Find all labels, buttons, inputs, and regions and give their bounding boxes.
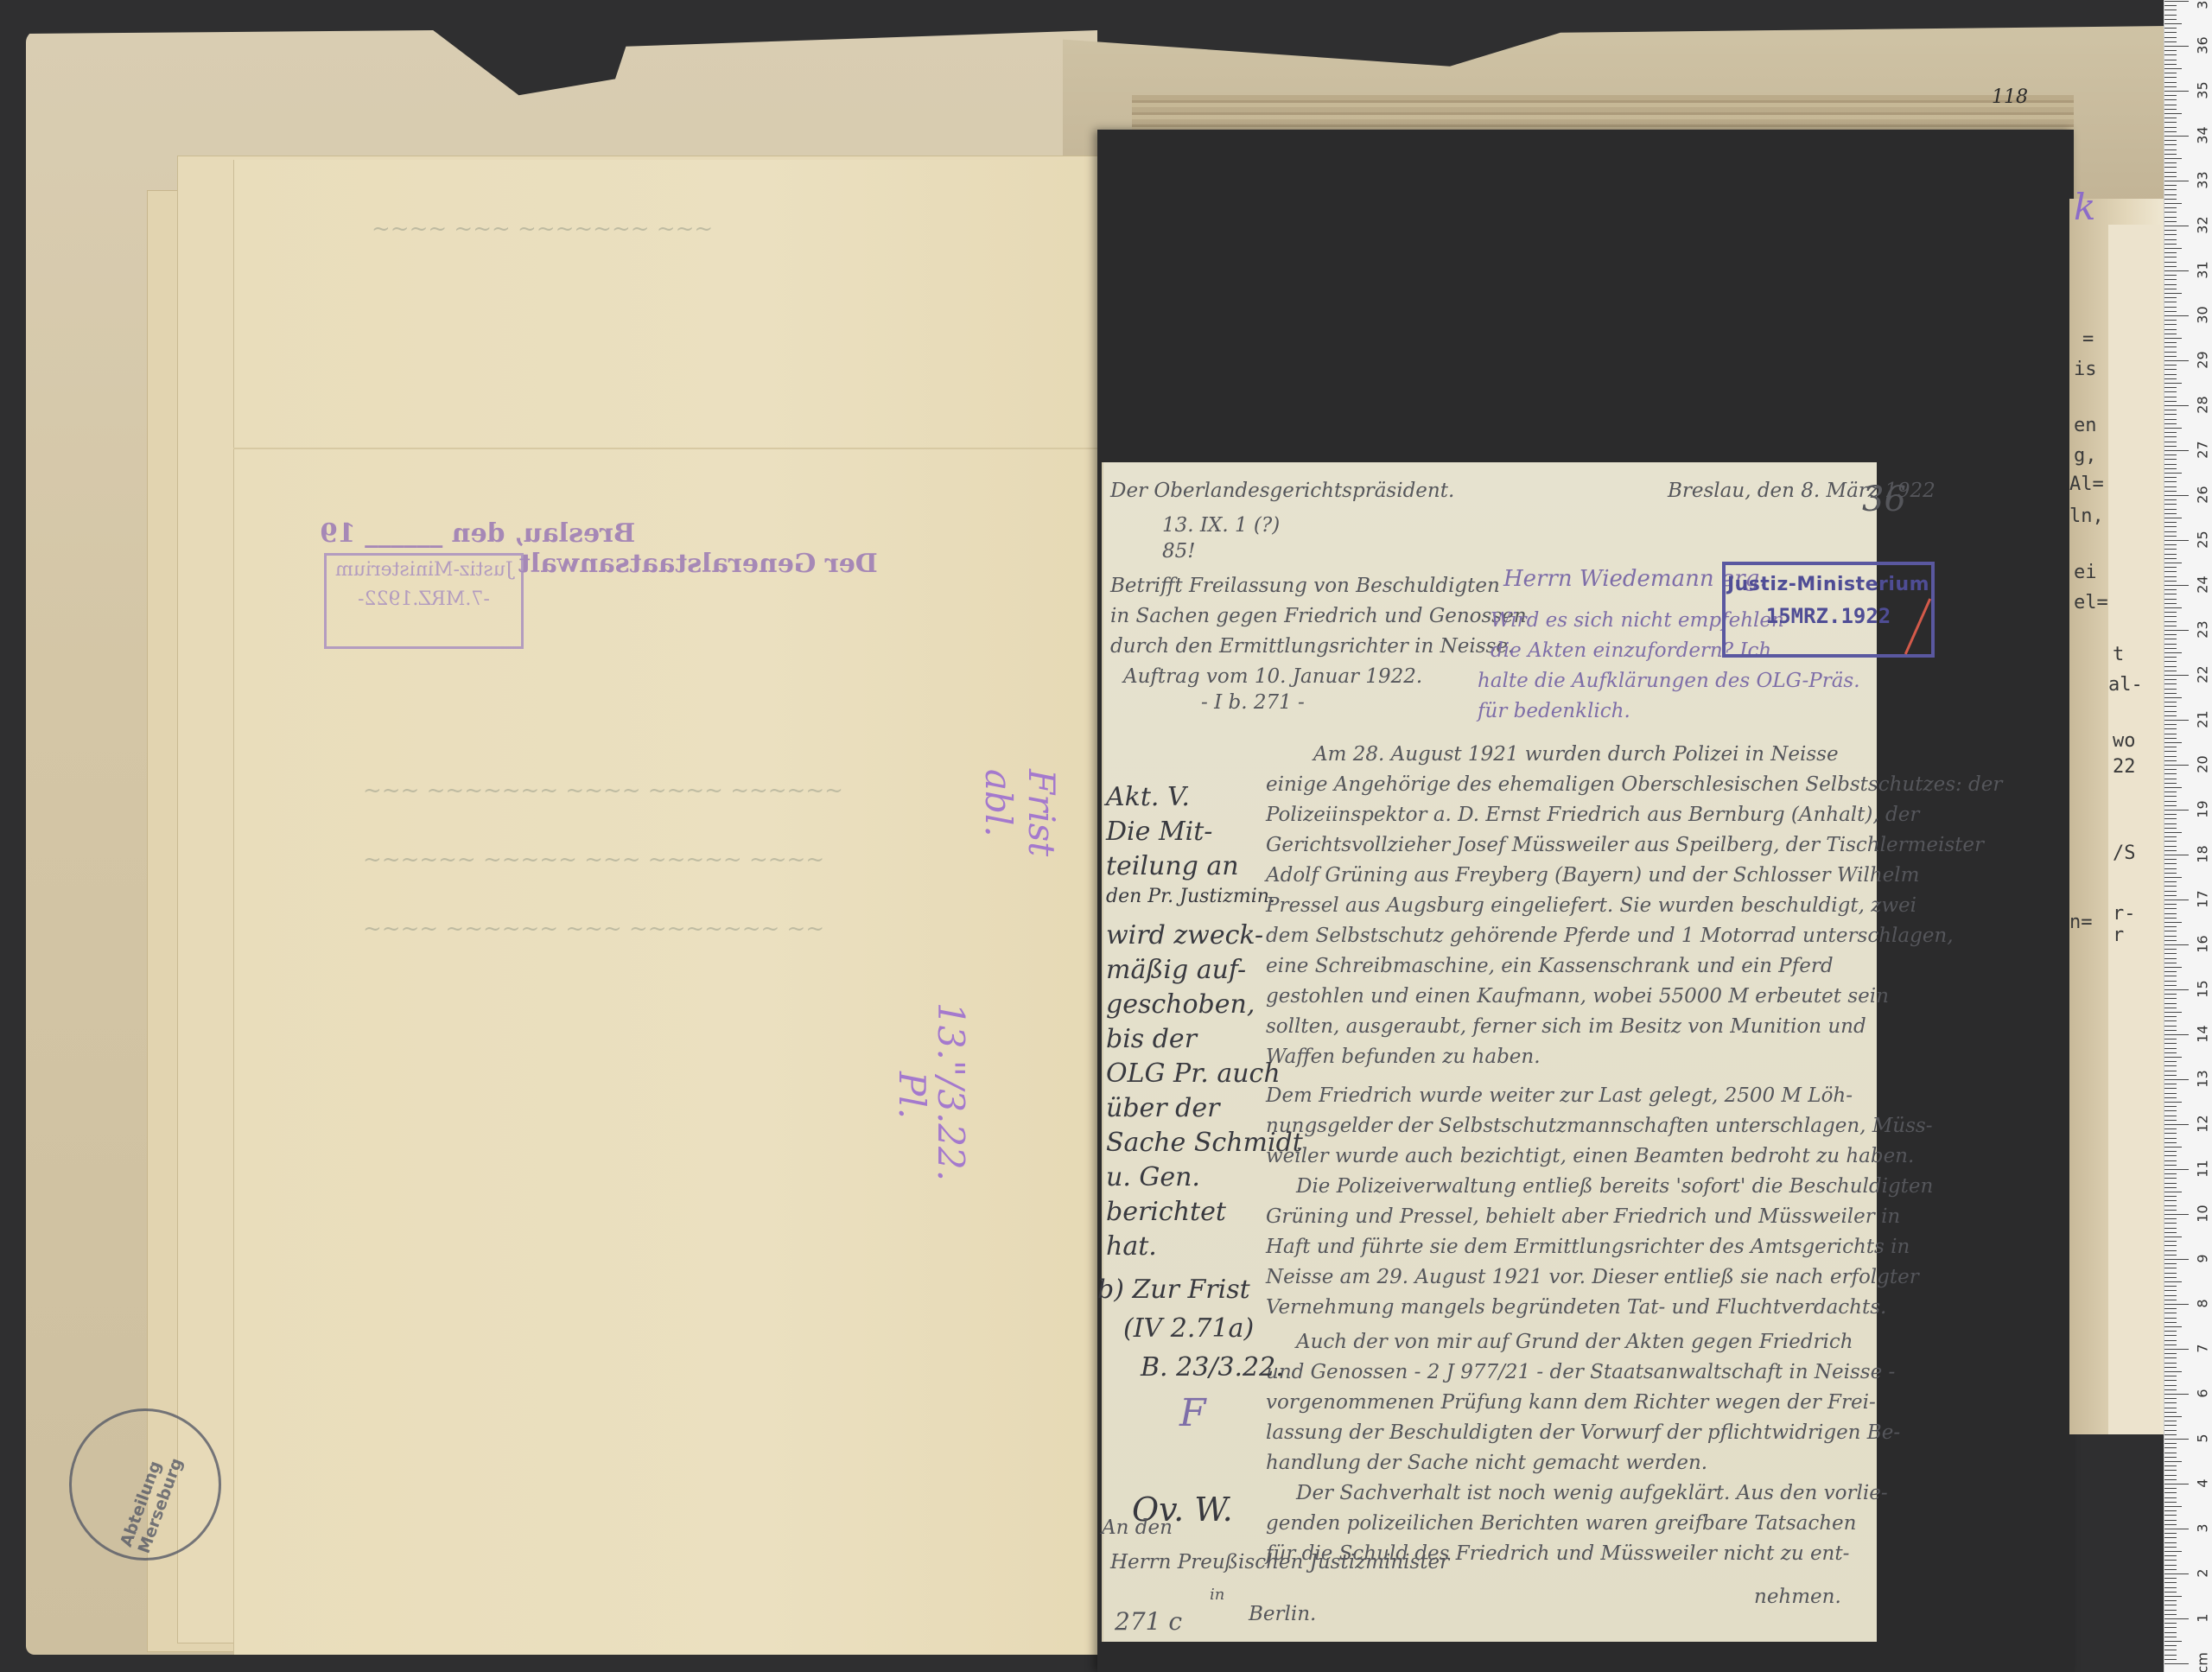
ruler-tick xyxy=(2164,1160,2177,1161)
ruler-tick xyxy=(2164,544,2177,545)
ruler-tick xyxy=(2164,881,2177,882)
ruler-tick xyxy=(2164,1524,2177,1525)
ruler-tick xyxy=(2164,1187,2177,1188)
ruler-tick xyxy=(2164,391,2177,392)
ruler-tick xyxy=(2164,1443,2177,1444)
ruler-tick xyxy=(2164,1457,2177,1458)
ruler-tick xyxy=(2164,612,2177,613)
ruler-tick xyxy=(2164,1637,2177,1637)
ruler-tick xyxy=(2164,105,2177,105)
left-page xyxy=(233,160,1107,1655)
ruler-tick xyxy=(2164,1097,2177,1098)
ruler-tick xyxy=(2164,1502,2177,1503)
ruler-tick xyxy=(2164,1623,2177,1624)
ruler-tick xyxy=(2164,1600,2177,1601)
body-line: handlung der Sache nicht gemacht werden. xyxy=(1266,1452,1707,1474)
ruler-tick xyxy=(2164,436,2177,437)
ruler-tick xyxy=(2164,248,2182,249)
body-line: Am 28. August 1921 wurden durch Polizei … xyxy=(1313,743,1839,766)
ruler-tick xyxy=(2164,904,2177,905)
ruler-tick xyxy=(2164,477,2177,478)
ruler-label: 28 xyxy=(2195,395,2211,416)
ruler-tick xyxy=(2164,1416,2182,1417)
ruler-tick xyxy=(2164,1345,2177,1345)
ruler-tick xyxy=(2164,1398,2177,1399)
ruler-tick xyxy=(2164,1402,2177,1403)
ruler-tick xyxy=(2164,1371,2182,1372)
minister-note-line: für bedenklich. xyxy=(1478,700,1630,722)
ruler-tick xyxy=(2164,1210,2177,1211)
ruler-label: 32 xyxy=(2195,215,2211,236)
ruler-tick xyxy=(2164,922,2182,923)
ruler-tick xyxy=(2164,868,2177,869)
body-line: weiler wurde auch bezichtigt, einen Beam… xyxy=(1266,1145,1914,1167)
folio-number: 118 xyxy=(1992,86,2028,108)
ruler-tick xyxy=(2164,661,2177,662)
ruler-tick xyxy=(2164,23,2182,24)
ruler-tick xyxy=(2164,783,2177,784)
body-line: und Genossen - 2 J 977/21 - der Staatsan… xyxy=(1266,1361,1895,1383)
ruler-tick xyxy=(2164,499,2177,500)
ruler-tick xyxy=(2164,1255,2177,1256)
ruler-tick xyxy=(2164,1259,2189,1260)
ruler-tick xyxy=(2164,414,2177,415)
purple-annotation-line: 13."/3.22. xyxy=(930,1002,972,1181)
body-line: Vernehmung mangels begründeten Tat- und … xyxy=(1266,1296,1886,1319)
ruler-tick xyxy=(2164,481,2177,482)
ruler-tick xyxy=(2164,329,2177,330)
ruler-tick xyxy=(2164,859,2177,860)
ruler-tick xyxy=(2164,823,2177,824)
ruler-tick xyxy=(2164,626,2177,626)
ruler-label: 16 xyxy=(2195,934,2211,955)
ruler-label: 6 xyxy=(2195,1383,2211,1404)
ruler-tick xyxy=(2164,226,2189,226)
ruler-tick xyxy=(2164,841,2177,842)
ruler-tick xyxy=(2164,419,2177,420)
left-page-fold xyxy=(233,448,1106,449)
ruler-tick xyxy=(2164,491,2177,492)
ruler-label: 24 xyxy=(2195,575,2211,595)
ruler-tick xyxy=(2164,109,2177,110)
ruler-tick xyxy=(2164,918,2177,919)
ruler-tick xyxy=(2164,99,2177,100)
ruler-tick xyxy=(2164,571,2177,572)
ruler-tick xyxy=(2164,1277,2177,1278)
ruler-tick xyxy=(2164,936,2177,937)
body-line: vorgenommenen Prüfung kann dem Richter w… xyxy=(1266,1391,1876,1414)
ruler-tick xyxy=(2164,1084,2177,1084)
ruler-tick xyxy=(2164,558,2177,559)
margin-note-line: u. Gen. xyxy=(1106,1162,1200,1192)
margin-note-line: mäßig auf- xyxy=(1106,955,1246,985)
ruler-tick xyxy=(2164,1453,2177,1453)
ruler-tick xyxy=(2164,594,2177,594)
ruler-tick xyxy=(2164,378,2177,379)
ruler-tick xyxy=(2164,442,2177,442)
ruler-label: 7 xyxy=(2195,1338,2211,1359)
ruler-tick xyxy=(2164,518,2182,518)
ruler-tick xyxy=(2164,1596,2182,1597)
ruler-tick xyxy=(2164,77,2177,78)
ruler-tick xyxy=(2164,1353,2177,1354)
ruler-tick xyxy=(2164,765,2189,766)
ruler-tick xyxy=(2164,189,2177,190)
ruler-tick xyxy=(2164,1565,2177,1566)
ruler-tick xyxy=(2164,747,2177,747)
ruler-tick xyxy=(2164,787,2182,788)
ruler-label: cm xyxy=(2195,1653,2211,1672)
ruler-tick xyxy=(2164,863,2177,864)
ruler-tick xyxy=(2164,334,2177,334)
ruler-label: 22 xyxy=(2195,664,2211,685)
ruler-tick xyxy=(2164,1012,2182,1013)
ruler-tick xyxy=(2164,994,2177,995)
bleed-text: ~~~ ~~~~~~~ ~~~~ ~~~~ ~~~~~~ xyxy=(363,778,843,804)
ruler-tick xyxy=(2164,401,2177,402)
ruler-tick xyxy=(2164,1555,2177,1556)
ruler-tick xyxy=(2164,526,2177,527)
ruler-tick xyxy=(2164,1304,2189,1305)
ruler-tick xyxy=(2164,1020,2177,1021)
subject-line: in Sachen gegen Friedrich und Genossen xyxy=(1110,605,1527,627)
ruler-tick xyxy=(2164,1497,2177,1498)
ruler-label: 33 xyxy=(2195,170,2211,191)
ruler-tick xyxy=(2164,931,2177,931)
ruler-tick xyxy=(2164,275,2177,276)
ruler-tick xyxy=(2164,1205,2177,1206)
ruler-label: 13 xyxy=(2195,1069,2211,1090)
body-line: Dem Friedrich wurde weiter zur Last gele… xyxy=(1266,1084,1853,1107)
ruler-tick xyxy=(2164,908,2177,909)
ruler-tick xyxy=(2164,1529,2189,1529)
body-line: Waffen befunden zu haben. xyxy=(1266,1046,1541,1068)
ruler-tick xyxy=(2164,886,2177,887)
ruler-tick xyxy=(2164,1034,2189,1035)
ruler-tick xyxy=(2164,140,2177,141)
ruler-tick xyxy=(2164,257,2177,257)
body-line: nungsgelder der Selbstschutzmannschaften… xyxy=(1266,1115,1933,1137)
ruler-tick xyxy=(2164,342,2177,343)
ruler-tick xyxy=(2164,1308,2177,1309)
ruler-tick xyxy=(2164,455,2177,455)
ruler-tick xyxy=(2164,1196,2177,1197)
ruler-tick xyxy=(2164,50,2177,51)
ruler-tick xyxy=(2164,509,2177,510)
ruler-tick xyxy=(2164,1331,2177,1332)
ruler-tick xyxy=(2164,1569,2177,1570)
ruler-tick xyxy=(2164,1385,2177,1386)
ruler-tick xyxy=(2164,1295,2177,1296)
ruler-tick xyxy=(2164,1663,2189,1664)
ruler-tick xyxy=(2164,621,2177,622)
body-line: Gerichtsvollzieher Josef Müssweiler aus … xyxy=(1266,834,1984,856)
ministry-received-stamp: Justiz-Ministerium 15MRZ.1922 xyxy=(1722,562,1935,658)
ruler-tick xyxy=(2164,1592,2177,1593)
body-line: einige Angehörige des ehemaligen Obersch… xyxy=(1266,773,2002,796)
ruler-label: 25 xyxy=(2195,530,2211,550)
ruler-tick xyxy=(2164,818,2177,819)
body-line: eine Schreibmaschine, ein Kassenschrank … xyxy=(1266,955,1834,977)
ruler-tick xyxy=(2164,1655,2177,1656)
margin-note-line: geschoben, xyxy=(1106,989,1255,1020)
body-line: Adolf Grüning aus Freyberg (Bayern) und … xyxy=(1266,864,1919,887)
ruler-tick xyxy=(2164,1610,2177,1611)
ruler-tick xyxy=(2164,616,2177,617)
ruler-tick xyxy=(2164,1421,2177,1421)
ruler-tick xyxy=(2164,464,2177,465)
ruler-tick xyxy=(2164,1641,2182,1642)
ruler-tick xyxy=(2164,728,2177,729)
ruler-tick xyxy=(2164,158,2182,159)
ruler-tick xyxy=(2164,607,2182,608)
ruler-tick xyxy=(2164,1322,2177,1323)
ruler-tick xyxy=(2164,1349,2189,1350)
ruler-tick xyxy=(2164,734,2177,734)
ruler-tick xyxy=(2164,531,2177,532)
ruler-tick xyxy=(2164,131,2177,132)
ruler-tick xyxy=(2164,1506,2182,1507)
ruler-tick xyxy=(2164,675,2189,676)
ruler-label: 11 xyxy=(2195,1159,2211,1179)
ruler-tick xyxy=(2164,1335,2177,1336)
ruler-tick xyxy=(2164,54,2177,55)
ruler-label: 17 xyxy=(2195,889,2211,910)
ruler-tick xyxy=(2164,1587,2177,1588)
letter-reference: 13. IX. 1 (?) xyxy=(1162,514,1280,537)
ruler-tick xyxy=(2164,405,2189,406)
ruler-tick xyxy=(2164,450,2189,451)
ruler-tick xyxy=(2164,900,2189,900)
ruler-tick xyxy=(2164,1461,2182,1462)
ruler-tick xyxy=(2164,289,2177,289)
ruler-tick xyxy=(2164,877,2182,878)
ruler-tick xyxy=(2164,944,2189,945)
body-line: Die Polizeiverwaltung entließ bereits 's… xyxy=(1296,1175,1933,1198)
ruler-tick xyxy=(2164,1116,2177,1116)
ruler-tick xyxy=(2164,958,2177,959)
minister-note-line: halte die Aufklärungen des OLG-Präs. xyxy=(1478,670,1860,692)
ruler-tick xyxy=(2164,293,2182,294)
ruler-tick xyxy=(2164,338,2182,339)
ruler-tick xyxy=(2164,234,2177,235)
ruler-tick xyxy=(2164,149,2177,150)
ruler-tick xyxy=(2164,697,2182,698)
ruler-tick xyxy=(2164,1071,2177,1071)
margin-note-line: wird zweck- xyxy=(1106,920,1263,950)
ruler-tick xyxy=(2164,374,2177,375)
ruler-tick xyxy=(2164,1183,2177,1184)
ruler-tick xyxy=(2164,1300,2177,1300)
ruler-tick xyxy=(2164,1632,2177,1633)
ruler-tick xyxy=(2164,167,2177,168)
ruler-tick xyxy=(2164,998,2177,999)
ruler-tick xyxy=(2164,1147,2182,1148)
ruler-tick xyxy=(2164,855,2189,855)
purple-annotation-line: Frist xyxy=(1020,769,1063,856)
ruler-tick xyxy=(2164,1408,2177,1408)
ruler-tick xyxy=(2164,689,2177,690)
ruler-tick xyxy=(2164,1178,2177,1179)
typed-sheet-edge-front xyxy=(2108,225,2160,1434)
ruler-tick xyxy=(2164,836,2177,837)
ruler-tick xyxy=(2164,985,2177,986)
ruler-tick xyxy=(2164,720,2189,721)
ruler-tick xyxy=(2164,1061,2177,1062)
ruler-tick xyxy=(2164,1394,2189,1395)
ruler-tick xyxy=(2164,136,2189,137)
margin-note-line: B. 23/3.22. xyxy=(1141,1352,1284,1383)
ruler-tick xyxy=(2164,1008,2177,1008)
margin-note-line: den Pr. Justizmin. xyxy=(1106,886,1275,907)
purple-annotation-line: abl. xyxy=(977,769,1020,837)
ruler-tick xyxy=(2164,1079,2189,1080)
subject-line: - I b. 271 - xyxy=(1201,691,1305,714)
ruler-tick xyxy=(2164,1470,2177,1471)
ruler-tick xyxy=(2164,1357,2177,1358)
ruler-tick xyxy=(2164,1340,2177,1341)
ruler-tick xyxy=(2164,1425,2177,1426)
ruler-tick xyxy=(2164,1492,2177,1493)
ruler-tick xyxy=(2164,1313,2177,1313)
ruler-tick xyxy=(2164,46,2189,47)
ruler-tick xyxy=(2164,352,2177,353)
ruler-tick xyxy=(2164,760,2177,761)
ruler-label: 21 xyxy=(2195,709,2211,730)
ruler-tick xyxy=(2164,1618,2189,1619)
purple-annotation-line: Pl. xyxy=(891,1071,933,1119)
ruler-tick xyxy=(2164,127,2177,128)
ruler-tick xyxy=(2164,1510,2177,1511)
body-line: lassung der Beschuldigten der Vorwurf de… xyxy=(1266,1421,1900,1444)
ruler-tick xyxy=(2164,1237,2182,1237)
ruler-tick xyxy=(2164,1214,2189,1215)
ruler-tick xyxy=(2164,194,2177,195)
ruler-tick xyxy=(2164,504,2177,505)
body-line: Haft und führte sie dem Ermittlungsricht… xyxy=(1266,1236,1910,1258)
ruler-label: 29 xyxy=(2195,350,2211,371)
ruler-label: 20 xyxy=(2195,754,2211,775)
ruler-tick xyxy=(2164,850,2177,851)
margin-note-line: b) Zur Frist xyxy=(1097,1275,1250,1305)
ruler-tick xyxy=(2164,1057,2182,1058)
ruler-tick xyxy=(2164,1110,2177,1111)
ruler-tick xyxy=(2164,302,2177,302)
ruler-tick xyxy=(2164,1434,2177,1435)
ruler-tick xyxy=(2164,1627,2177,1628)
ruler-tick xyxy=(2164,118,2177,118)
ruler-tick xyxy=(2164,711,2177,712)
measurement-ruler: cm12345678910111213141516171819202122232… xyxy=(2164,0,2212,1672)
addressee-line: in xyxy=(1210,1586,1224,1604)
ruler-label: 30 xyxy=(2195,305,2211,326)
body-line: Auch der von mir auf Grund der Akten geg… xyxy=(1296,1331,1853,1353)
round-office-stamp: Abteilung Merseburg xyxy=(69,1408,221,1561)
ruler-tick xyxy=(2164,432,2177,433)
ruler-tick xyxy=(2164,1003,2177,1004)
ruler-tick xyxy=(2164,1142,2177,1143)
ruler-tick xyxy=(2164,212,2177,213)
ruler-tick xyxy=(2164,428,2182,429)
body-line: nehmen. xyxy=(1754,1586,1841,1608)
margin-note-line: hat. xyxy=(1106,1231,1157,1262)
ruler-tick xyxy=(2164,779,2177,779)
ruler-tick xyxy=(2164,1065,2177,1066)
ruler-tick xyxy=(2164,113,2182,114)
ruler-label: 31 xyxy=(2195,260,2211,281)
ruler-tick xyxy=(2164,1605,2177,1605)
ruler-tick xyxy=(2164,738,2177,739)
ruler-tick xyxy=(2164,1520,2177,1521)
ruler-tick xyxy=(2164,554,2177,555)
ruler-tick xyxy=(2164,1250,2177,1251)
ruler-tick xyxy=(2164,320,2177,321)
ruler-label: 9 xyxy=(2195,1249,2211,1269)
ruler-tick xyxy=(2164,1223,2177,1224)
ruler-tick xyxy=(2164,199,2177,200)
ruler-tick xyxy=(2164,486,2177,487)
ruler-tick xyxy=(2164,297,2177,298)
ruler-tick xyxy=(2164,1241,2177,1242)
ruler-tick xyxy=(2164,1578,2177,1579)
margin-note-line: Sache Schmidt xyxy=(1106,1128,1303,1158)
ruler-label: 23 xyxy=(2195,620,2211,640)
subject-line: Betrifft Freilassung von Beschuldigten xyxy=(1110,575,1500,597)
ruler-tick xyxy=(2164,252,2177,253)
ruler-tick xyxy=(2164,1263,2177,1264)
ruler-tick xyxy=(2164,365,2177,366)
ruler-tick xyxy=(2164,540,2189,541)
ruler-tick xyxy=(2164,1093,2177,1094)
body-line: genden polizeilichen Berichten waren gre… xyxy=(1266,1512,1856,1535)
ruler-tick xyxy=(2164,724,2177,725)
ruler-tick xyxy=(2164,5,2177,6)
ruler-tick xyxy=(2164,769,2177,770)
ruler-tick xyxy=(2164,73,2177,73)
body-line: Polizeiinspektor a. D. Ernst Friedrich a… xyxy=(1266,804,1919,826)
ruler-tick xyxy=(2164,1645,2177,1646)
ruler-tick xyxy=(2164,279,2177,280)
ruler-tick xyxy=(2164,1286,2177,1287)
margin-note-line: teilung an xyxy=(1106,851,1239,881)
ruler-tick xyxy=(2164,383,2182,384)
ruler-tick xyxy=(2164,756,2177,757)
ruler-tick xyxy=(2164,1106,2177,1107)
ruler-tick xyxy=(2164,1120,2177,1121)
ruler-tick xyxy=(2164,522,2177,523)
ruler-tick xyxy=(2164,1039,2177,1039)
ruler-tick xyxy=(2164,1155,2177,1156)
ruler-tick xyxy=(2164,801,2177,802)
ruler-tick xyxy=(2164,68,2182,69)
ruler-tick xyxy=(2164,926,2177,927)
ruler-tick xyxy=(2164,397,2177,397)
ruler-label: 5 xyxy=(2195,1428,2211,1449)
ruler-tick xyxy=(2164,1380,2177,1381)
ruler-tick xyxy=(2164,513,2177,514)
ruler-label: 15 xyxy=(2195,979,2211,1000)
ruler-tick xyxy=(2164,410,2177,410)
body-line: Grüning und Pressel, behielt aber Friedr… xyxy=(1266,1205,1900,1228)
ruler-label: 37 xyxy=(2195,0,2211,11)
ruler-tick xyxy=(2164,1169,2189,1170)
ruler-tick xyxy=(2164,1026,2177,1027)
ruler-tick xyxy=(2164,702,2177,702)
ruler-tick xyxy=(2164,473,2182,474)
ruler-tick xyxy=(2164,144,2177,145)
ruler-tick xyxy=(2164,671,2177,671)
purple-initial: F xyxy=(1179,1391,1206,1435)
